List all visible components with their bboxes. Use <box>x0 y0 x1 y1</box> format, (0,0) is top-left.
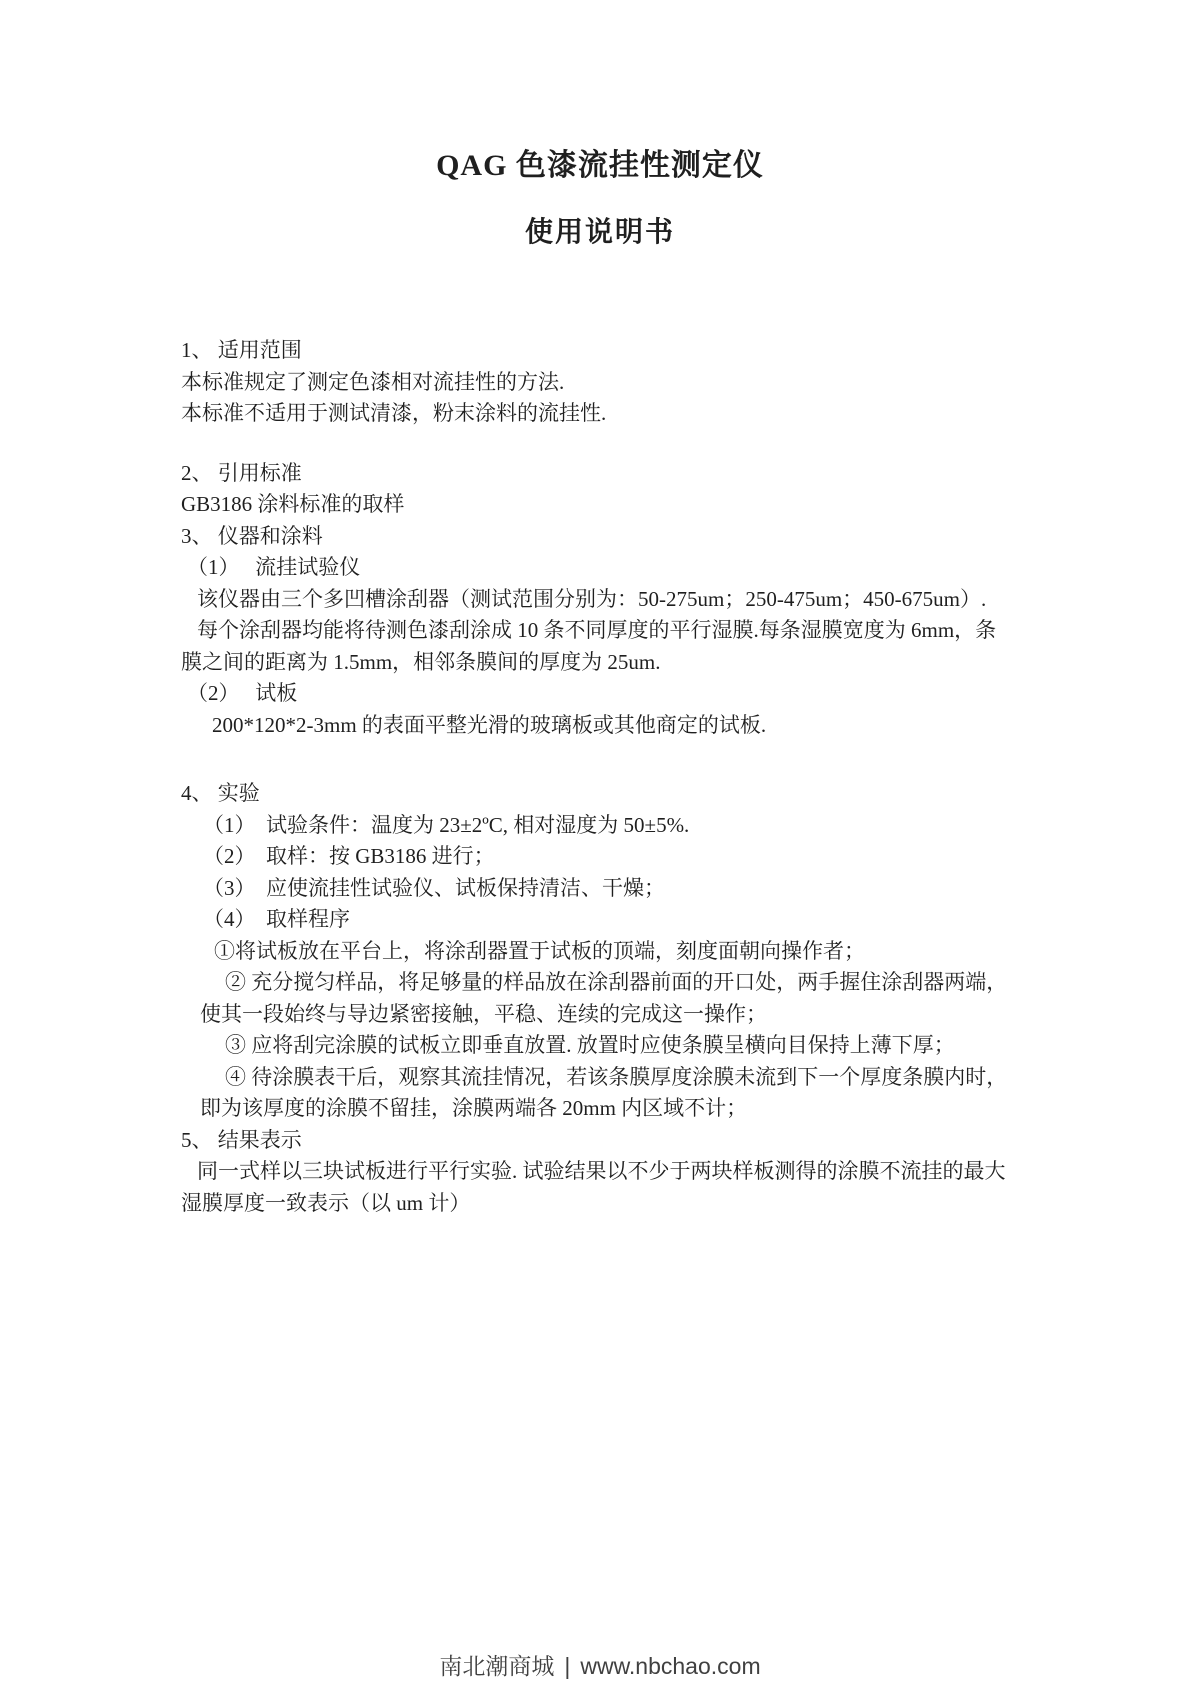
doc-line: 3、 仪器和涂料 <box>181 521 1043 553</box>
doc-line: ④ 待涂膜表干后，观察其流挂情况，若该条膜厚度涂膜未流到下一个厚度条膜内时， <box>225 1062 1043 1094</box>
doc-line: ①将试板放在平台上，将涂刮器置于试板的顶端，刻度面朝向操作者； <box>214 936 1043 968</box>
doc-line: （3） 应使流挂性试验仪、试板保持清洁、干燥； <box>203 873 1043 905</box>
doc-line: 本标准规定了测定色漆相对流挂性的方法. <box>181 367 1043 399</box>
doc-line: 即为该厚度的涂膜不留挂，涂膜两端各 20mm 内区域不计； <box>200 1093 1043 1125</box>
doc-line: （1） 流挂试验仪 <box>187 552 1043 584</box>
footer-site-url: www.nbchao.com <box>580 1653 760 1679</box>
doc-line: （2） 试板 <box>187 678 1043 710</box>
doc-line: 同一式样以三块试板进行平行实验. 试验结果以不少于两块样板测得的涂膜不流挂的最大 <box>197 1156 1043 1188</box>
footer-divider: | <box>564 1653 570 1679</box>
doc-line: 膜之间的距离为 1.5mm，相邻条膜间的厚度为 25um. <box>181 647 1043 679</box>
doc-line: ② 充分搅匀样品，将足够量的样品放在涂刮器前面的开口处，两手握住涂刮器两端， <box>225 967 1043 999</box>
doc-line: 5、 结果表示 <box>181 1125 1043 1157</box>
document-body: 1、 适用范围本标准规定了测定色漆相对流挂性的方法.本标准不适用于测试清漆，粉末… <box>181 335 1043 1219</box>
doc-line: 本标准不适用于测试清漆，粉末涂料的流挂性. <box>181 398 1043 430</box>
footer-site-name: 南北潮商城 <box>439 1653 554 1679</box>
footer-watermark: 南北潮商城|www.nbchao.com <box>0 1652 1200 1680</box>
doc-line: 使其一段始终与导边紧密接触，平稳、连续的完成这一操作； <box>200 999 1043 1031</box>
document-page: QAG 色漆流挂性测定仪 使用说明书 1、 适用范围本标准规定了测定色漆相对流挂… <box>0 0 1200 1697</box>
doc-line: 1、 适用范围 <box>181 335 1043 367</box>
doc-line: 4、 实验 <box>181 778 1043 810</box>
doc-line: 200*120*2-3mm 的表面平整光滑的玻璃板或其他商定的试板. <box>212 710 1043 742</box>
doc-line: （2） 取样：按 GB3186 进行； <box>203 841 1043 873</box>
doc-line: （4） 取样程序 <box>203 904 1043 936</box>
doc-line: 2、 引用标准 <box>181 458 1043 490</box>
doc-line: （1） 试验条件：温度为 23±2ºC, 相对湿度为 50±5%. <box>203 810 1043 842</box>
doc-line: 每个涂刮器均能将待测色漆刮涂成 10 条不同厚度的平行湿膜.每条湿膜宽度为 6m… <box>197 615 1043 647</box>
doc-line: 该仪器由三个多凹槽涂刮器（测试范围分别为：50-275um；250-475um；… <box>197 584 1043 616</box>
doc-line: ③ 应将刮完涂膜的试板立即垂直放置. 放置时应使条膜呈横向目保持上薄下厚； <box>225 1030 1043 1062</box>
doc-line: 湿膜厚度一致表示（以 um 计） <box>181 1188 1043 1220</box>
document-title: QAG 色漆流挂性测定仪 <box>0 148 1200 184</box>
document-subtitle: 使用说明书 <box>0 216 1200 250</box>
doc-line: GB3186 涂料标准的取样 <box>181 489 1043 521</box>
